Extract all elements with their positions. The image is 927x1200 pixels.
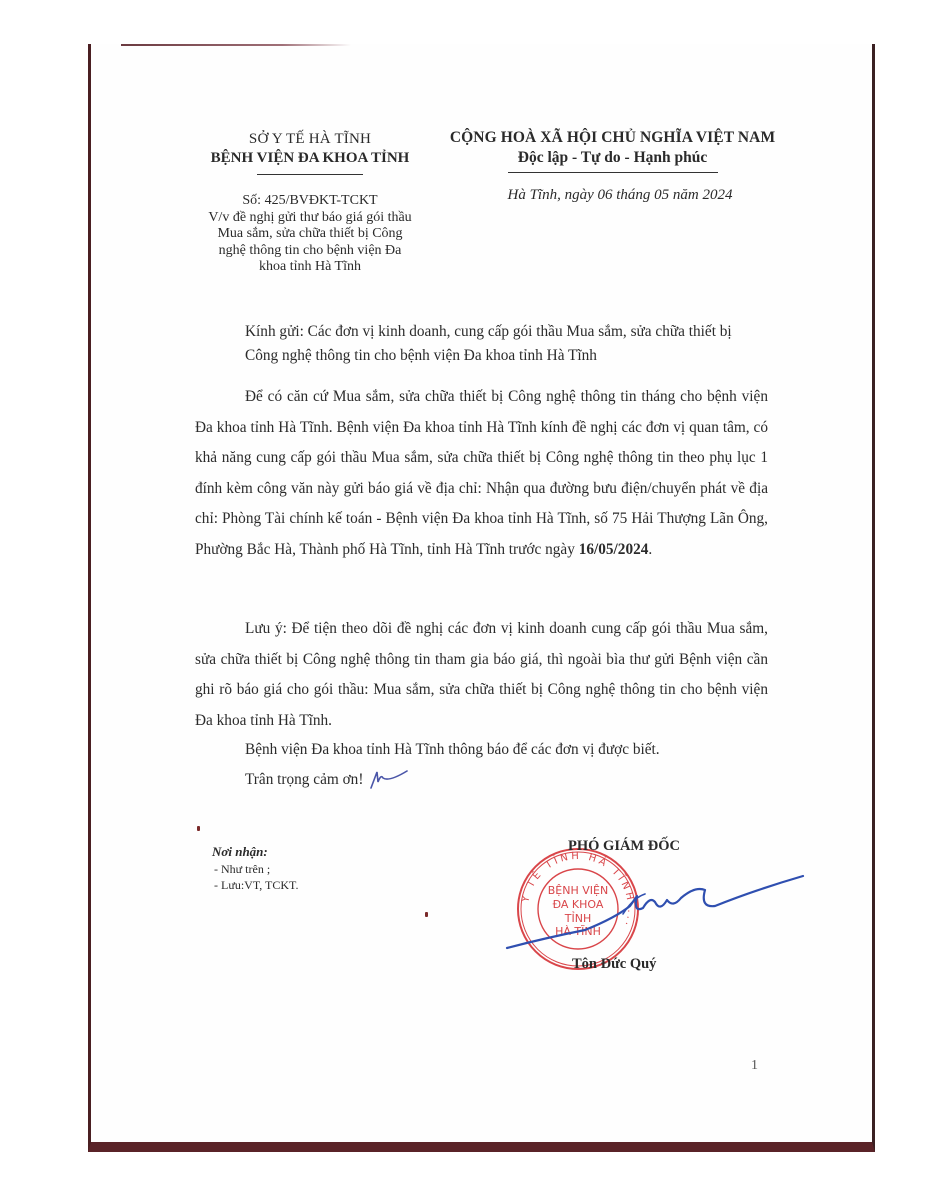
national-motto: Độc lập - Tự do - Hạnh phúc [430,148,795,168]
recipient-item: - Lưu:VT, TCKT. [214,877,299,893]
subject-line: Mua sắm, sửa chữa thiết bị Công [190,226,430,243]
recipient-line: Kính gửi: Các đơn vị kinh doanh, cung cấ… [245,320,765,368]
subject-line: khoa tỉnh Hà Tĩnh [190,259,430,276]
deadline-date: 16/05/2024 [579,541,649,558]
subject-line: nghệ thông tin cho bệnh viện Đa [190,243,430,260]
closing-text: Trân trọng cảm ơn! [245,771,363,788]
page-number: 1 [751,1058,758,1074]
signer-name: Tôn Đức Quý [572,956,656,973]
paragraph-request-text: Để có căn cứ Mua sắm, sửa chữa thiết bị … [195,388,768,558]
header-rule-left [257,174,363,175]
subject-line: V/v đề nghị gửi thư báo giá gói thầu [190,210,430,227]
organization-name: BỆNH VIỆN ĐA KHOA TỈNH [185,149,435,168]
recipients-label: Nơi nhận: [212,844,268,860]
issuer-header: SỞ Y TẾ HÀ TĨNH BỆNH VIỆN ĐA KHOA TỈNH [185,130,435,175]
agency-name: SỞ Y TẾ HÀ TĨNH [185,130,435,149]
initial-mark-icon [369,768,409,790]
document-number: Số: 425/BVĐKT-TCKT [190,193,430,210]
reference-block: Số: 425/BVĐKT-TCKT V/v đề nghị gửi thư b… [190,193,430,276]
scan-speck [197,826,200,831]
deadline-suffix: . [648,541,652,558]
signer-title: PHÓ GIÁM ĐỐC [568,838,680,855]
paragraph-note-text: Lưu ý: Để tiện theo dõi đề nghị các đơn … [195,620,768,729]
header-rule-right [508,172,718,173]
nation-name: CỘNG HOÀ XÃ HỘI CHỦ NGHĨA VIỆT NAM [430,128,795,148]
paragraph-notice: Bệnh viện Đa khoa tỉnh Hà Tĩnh thông báo… [245,738,765,762]
recipient-item: - Như trên ; [214,861,299,877]
place-date: Hà Tĩnh, ngày 06 tháng 05 năm 2024 [470,187,770,204]
closing-line: Trân trọng cảm ơn! [245,768,765,792]
recipients-list: - Như trên ; - Lưu:VT, TCKT. [214,861,299,893]
paragraph-note: Lưu ý: Để tiện theo dõi đề nghị các đơn … [195,614,768,736]
paragraph-request: Để có căn cứ Mua sắm, sửa chữa thiết bị … [195,382,768,565]
national-header: CỘNG HOÀ XÃ HỘI CHỦ NGHĨA VIỆT NAM Độc l… [430,128,795,173]
scan-speck [425,912,428,917]
handwritten-signature-icon [505,868,805,958]
